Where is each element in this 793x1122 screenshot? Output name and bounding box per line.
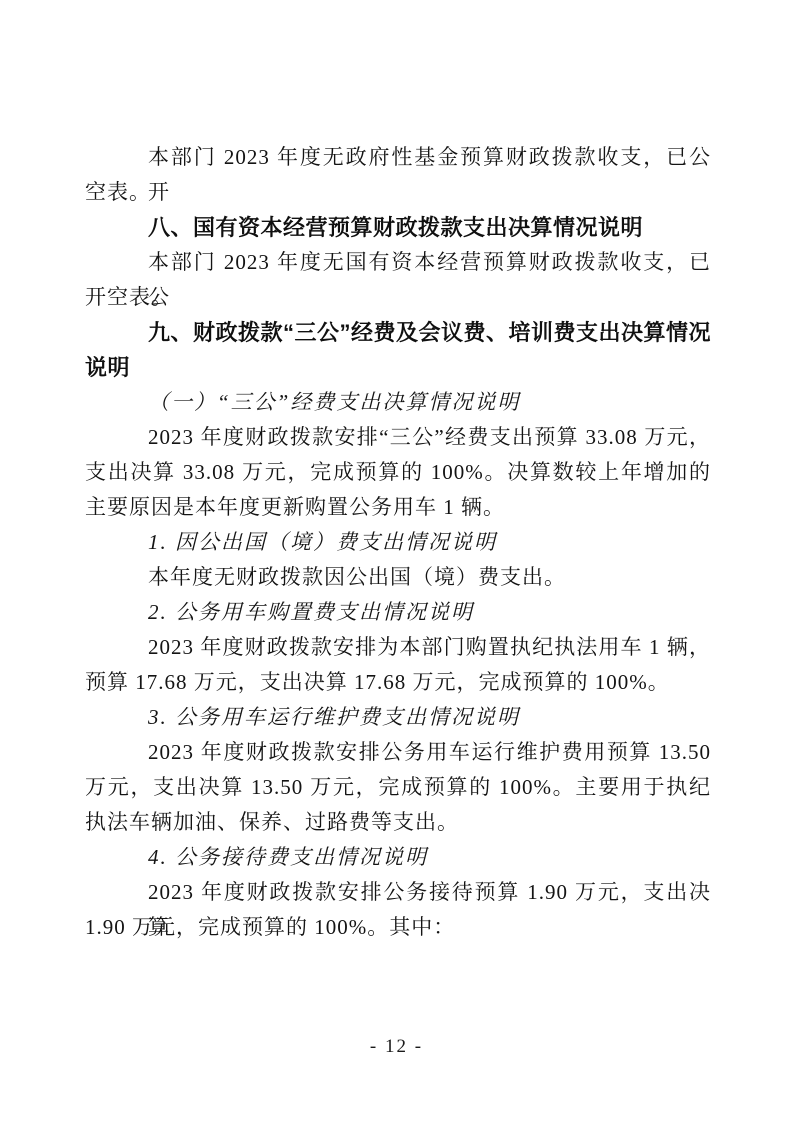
subsection-heading-line: （一）“三公”经费支出决算情况说明 (85, 385, 711, 420)
paragraph-line: 2023 年度财政拨款安排公务用车运行维护费用预算 13.50 (85, 735, 711, 770)
paragraph-line: 预算 17.68 万元，支出决算 17.68 万元，完成预算的 100%。 (85, 665, 711, 700)
paragraph-line: 本年度无财政拨款因公出国（境）费支出。 (85, 560, 711, 595)
document-page: 本部门 2023 年度无政府性基金预算财政拨款收支，已公开空表。八、国有资本经营… (0, 0, 793, 1122)
paragraph-line: 万元，支出决算 13.50 万元，完成预算的 100%。主要用于执纪 (85, 770, 711, 805)
section-heading-line: 八、国有资本经营预算财政拨款支出决算情况说明 (85, 210, 711, 245)
section-heading-line: 说明 (85, 350, 711, 385)
paragraph-line: 执法车辆加油、保养、过路费等支出。 (85, 805, 711, 840)
section-heading-line: 九、财政拨款“三公”经费及会议费、培训费支出决算情况 (85, 315, 711, 350)
paragraph-line: 本部门 2023 年度无政府性基金预算财政拨款收支，已公开 (85, 140, 711, 175)
paragraph-line: 主要原因是本年度更新购置公务用车 1 辆。 (85, 490, 711, 525)
paragraph-line: 2023 年度财政拨款安排为本部门购置执纪执法用车 1 辆， (85, 630, 711, 665)
paragraph-line: 2023 年度财政拨款安排“三公”经费支出预算 33.08 万元， (85, 420, 711, 455)
page-number: - 12 - (0, 1036, 793, 1058)
subsection-heading-line: 2. 公务用车购置费支出情况说明 (85, 595, 711, 630)
subsection-heading-line: 4. 公务接待费支出情况说明 (85, 840, 711, 875)
paragraph-line: 支出决算 33.08 万元，完成预算的 100%。决算数较上年增加的 (85, 455, 711, 490)
paragraph-line: 空表。 (85, 175, 711, 210)
subsection-heading-line: 3. 公务用车运行维护费支出情况说明 (85, 700, 711, 735)
paragraph-line: 本部门 2023 年度无国有资本经营预算财政拨款收支，已公 (85, 245, 711, 280)
paragraph-line: 1.90 万元，完成预算的 100%。其中： (85, 910, 711, 945)
document-body: 本部门 2023 年度无政府性基金预算财政拨款收支，已公开空表。八、国有资本经营… (85, 140, 711, 945)
paragraph-line: 2023 年度财政拨款安排公务接待预算 1.90 万元，支出决算 (85, 875, 711, 910)
subsection-heading-line: 1. 因公出国（境）费支出情况说明 (85, 525, 711, 560)
paragraph-line: 开空表。 (85, 280, 711, 315)
